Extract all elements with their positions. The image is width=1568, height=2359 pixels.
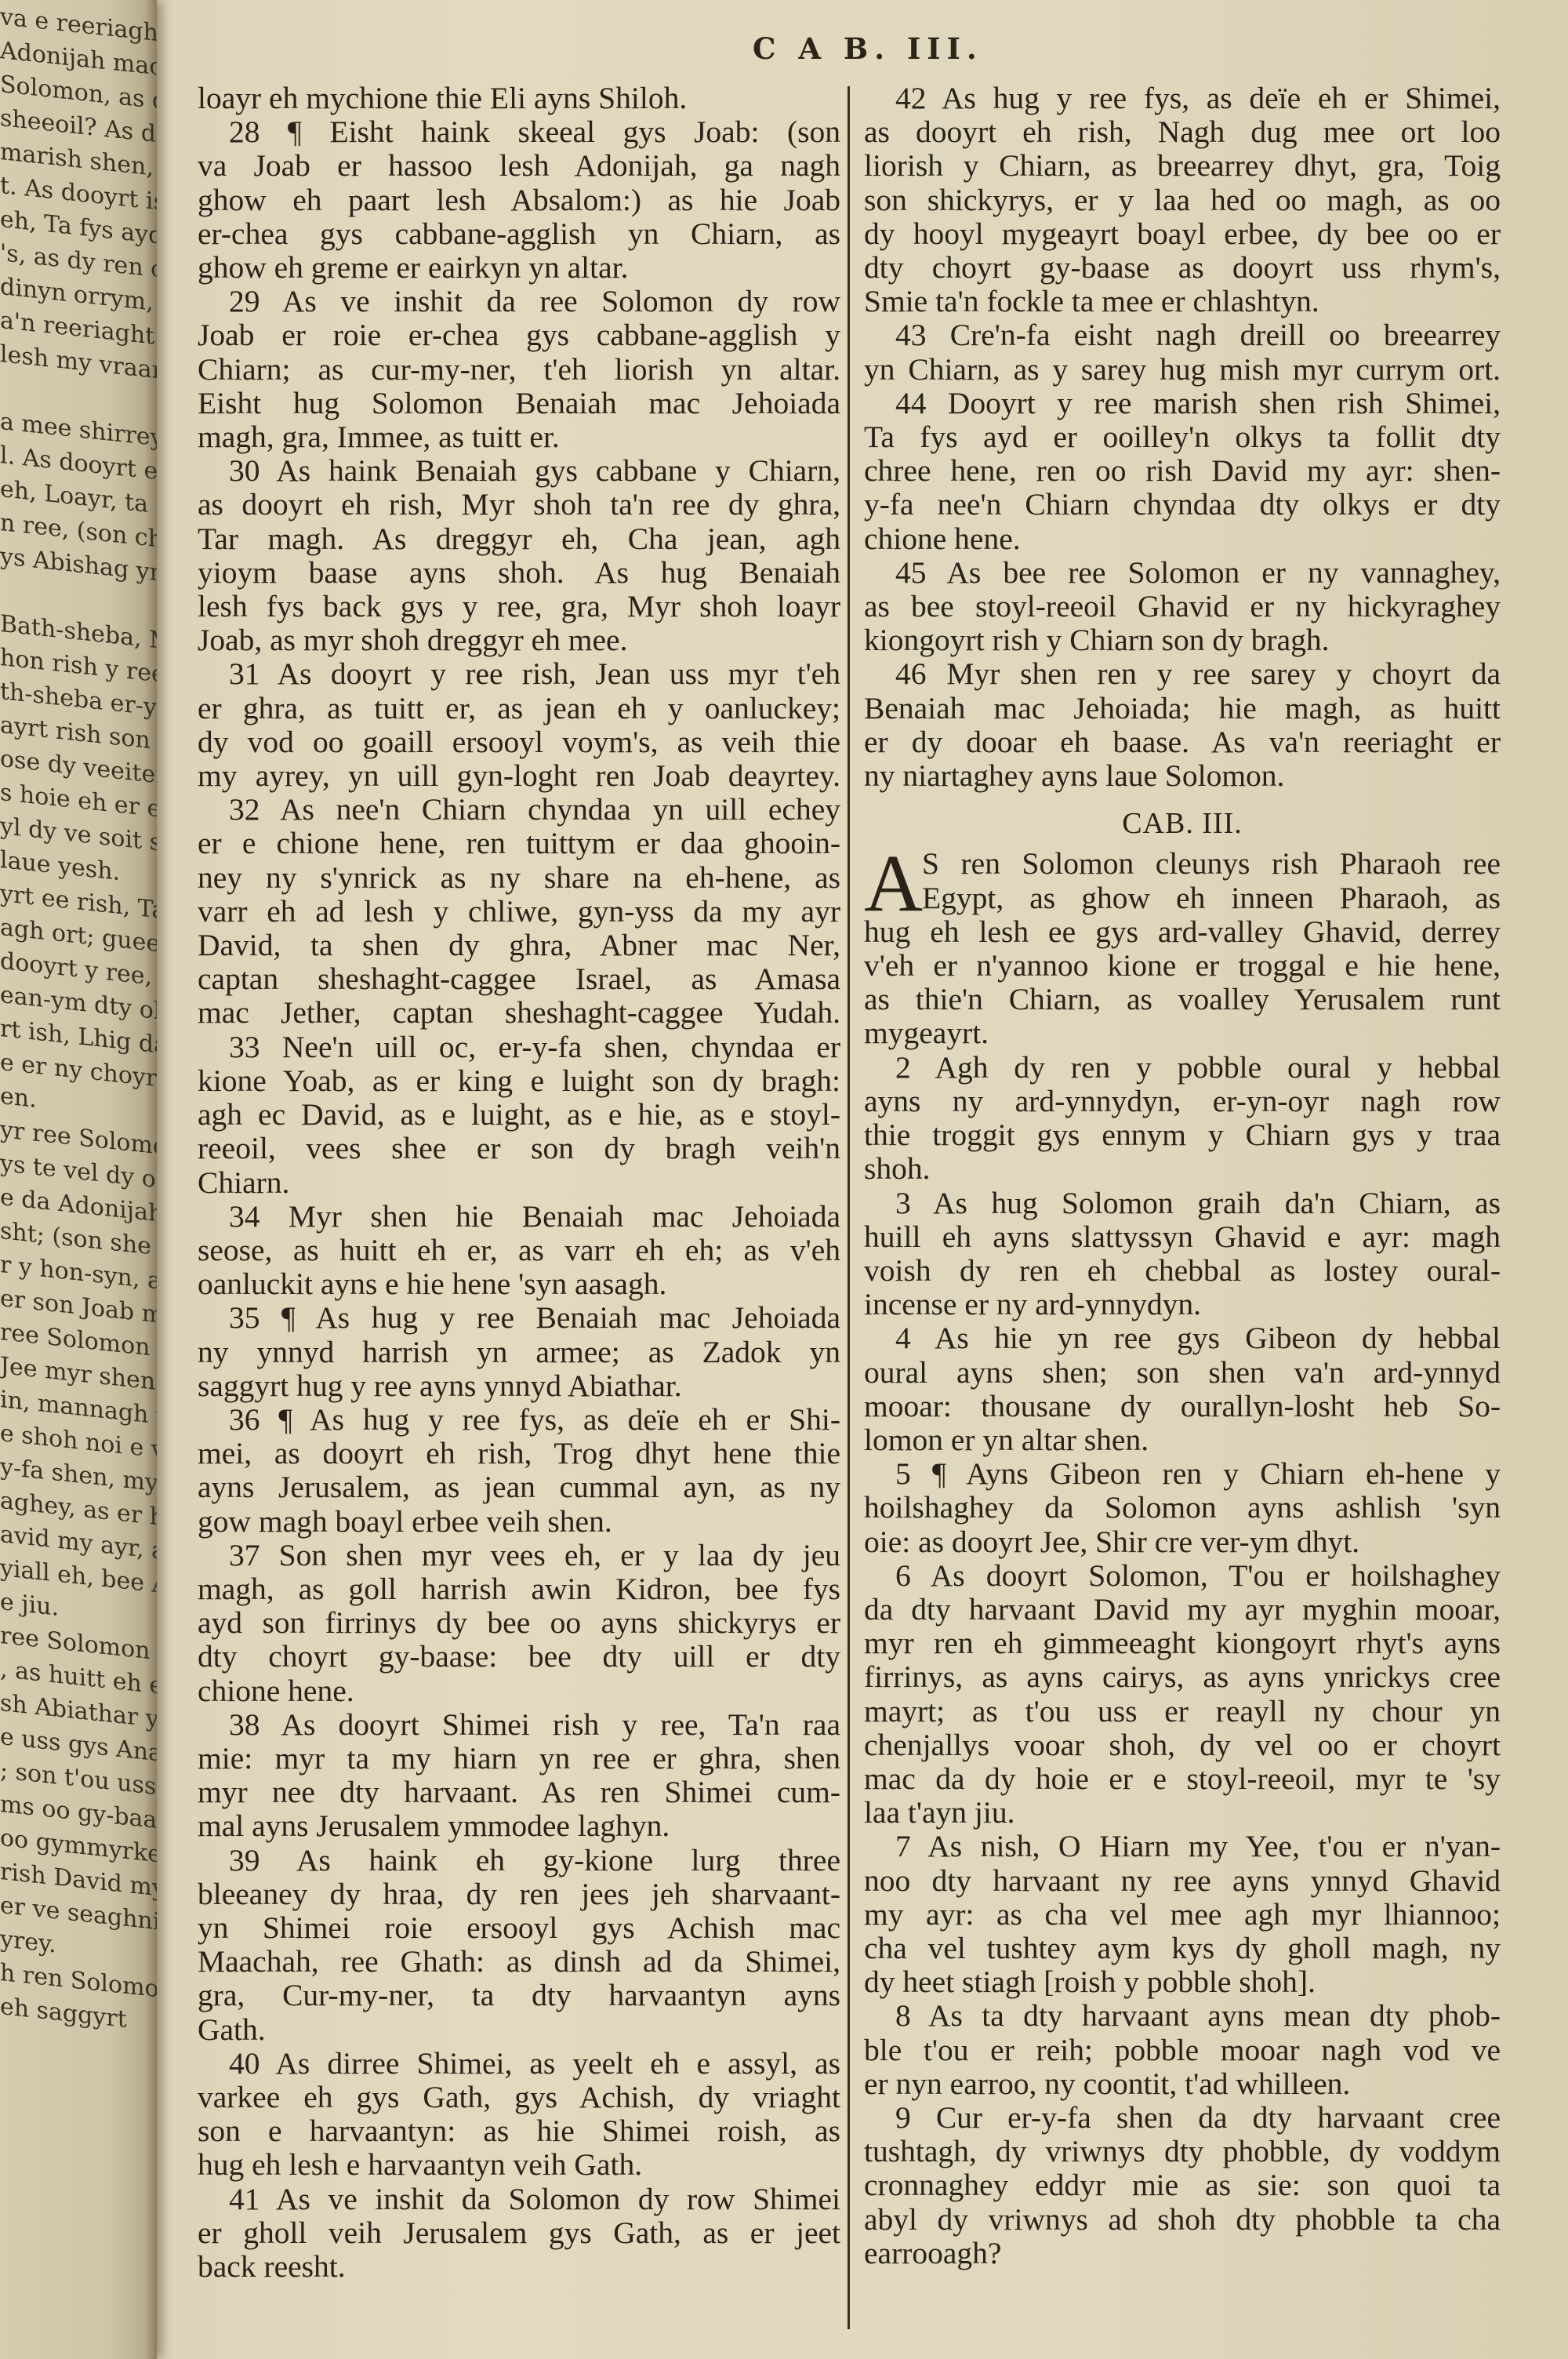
text-line: ghow eh paart lesh Absalom:) as hie Joab (198, 184, 840, 217)
text-line: myr nee dty harvaant. As ren Shimei cum- (198, 1776, 840, 1809)
text-line: dy hooyl mygeayrt boayl erbee, dy bee oo… (864, 217, 1501, 251)
text-line: er-chea gys cabbane-agglish yn Chiarn, a… (198, 217, 840, 251)
verse-start-line: 33 Nee'n uill oc, er-y-fa shen, chyndaa … (198, 1030, 840, 1064)
text-line: er dy dooar eh baase. As va'n reeriaght … (864, 725, 1501, 759)
verse-start-line: 30 As haink Benaiah gys cabbane y Chiarn… (198, 454, 840, 488)
text-line: agh ec David, as e luight, as e hie, as … (198, 1098, 840, 1132)
text-line: Gath. (198, 2013, 840, 2047)
verse-start-line: 8 As ta dty harvaant ayns mean dty phob- (864, 1999, 1501, 2033)
previous-page-curl: va e reeriaght dyAdonijah mac HagSolomon… (0, 0, 157, 2359)
left-text-column: loayr eh mychione thie Eli ayns Shiloh.2… (198, 82, 840, 2284)
text-line: my ayrey, yn uill gyn-loght ren Joab dea… (198, 759, 840, 793)
text-line: myr ren eh gimmeeaght kiongoyrt rhyt's a… (864, 1627, 1501, 1660)
text-line: seose, as huitt eh er, as varr eh eh; as… (198, 1234, 840, 1267)
verse-start-line: 38 As dooyrt Shimei rish y ree, Ta'n raa (198, 1708, 840, 1742)
text-line: mie: myr ta my hiarn yn ree er ghra, she… (198, 1742, 840, 1776)
verse-start-line: 32 As nee'n Chiarn chyndaa yn uill echey (198, 793, 840, 827)
verse-start-line: 7 As nish, O Hiarn my Yee, t'ou er n'yan… (864, 1830, 1501, 1863)
text-line: mal ayns Jerusalem ymmodee laghyn. (198, 1809, 840, 1843)
text-line: er e chione hene, ren tuittym er daa gho… (198, 827, 840, 860)
text-line: mygeayrt. (864, 1016, 1501, 1050)
text-line: kione Yoab, as er king e luight son dy b… (198, 1064, 840, 1098)
text-line: cronnaghey eddyr mie as sie: son quoi ta (864, 2168, 1501, 2202)
text-line: varr eh ad lesh y chliwe, gyn-yss da my … (198, 895, 840, 929)
right-text-column: 42 As hug y ree fys, as deïe eh er Shime… (864, 82, 1501, 2270)
text-line: chenjallys vooar shoh, dy vel oo er choy… (864, 1728, 1501, 1762)
text-line: v'eh er n'yannoo kione er troggal e hie … (864, 949, 1501, 983)
verse-start-line: 43 Cre'n-fa eisht nagh dreill oo breearr… (864, 318, 1501, 352)
verse-start-line: 35 ¶ As hug y ree Benaiah mac Jehoiada (198, 1301, 840, 1335)
verse-start-line: 41 As ve inshit da Solomon dy row Shimei (198, 2183, 840, 2216)
text-line: mei, as dooyrt eh rish, Trog dhyt hene t… (198, 1437, 840, 1470)
running-head: C A B. III. (753, 31, 988, 66)
verse-start-line: 29 As ve inshit da ree Solomon dy row (198, 285, 840, 318)
text-line: earrooagh? (864, 2237, 1501, 2270)
text-line: kiongoyrt rish y Chiarn son dy bragh. (864, 623, 1501, 657)
text-line: as dooyrt eh rish, Nagh dug mee ort loo (864, 115, 1501, 149)
text-line: cha vel tushtey aym kys dy gholl magh, n… (864, 1932, 1501, 1965)
text-line: Joab, as myr shoh dreggyr eh mee. (198, 623, 840, 657)
text-line: lesh fys back gys y ree, gra, Myr shoh l… (198, 590, 840, 623)
text-line: hug eh lesh ee gys ard-valley Ghavid, de… (864, 915, 1501, 949)
text-line: Smie ta'n fockle ta mee er chlashtyn. (864, 285, 1501, 318)
text-line: captan sheshaght-caggee Israel, as Amasa (198, 962, 840, 996)
text-line: reeoil, vees shee er son dy bragh veih'n (198, 1132, 840, 1165)
text-line: yn Shimei roie ersooyl gys Achish mac (198, 1911, 840, 1945)
text-line: gow magh boayl erbee veih shen. (198, 1505, 840, 1539)
text-line: firrinys, as ayns cairys, as ayns ynrick… (864, 1660, 1501, 1694)
verse-start-line: 3 As hug Solomon graih da'n Chiarn, as (864, 1187, 1501, 1220)
text-line: loayr eh mychione thie Eli ayns Shiloh. (198, 82, 840, 115)
text-line: saggyrt hug y ree ayns ynnyd Abiathar. (198, 1369, 840, 1403)
verse-start-line: 40 As dirree Shimei, as yeelt eh e assyl… (198, 2047, 840, 2081)
text-line: yioym baase ayns shoh. As hug Benaiah (198, 556, 840, 590)
text-line: varkee eh gys Gath, gys Achish, dy vriag… (198, 2081, 840, 2114)
text-line: as thie'n Chiarn, as voalley Yerusalem r… (864, 983, 1501, 1016)
verse-start-line: 9 Cur er-y-fa shen da dty harvaant cree (864, 2101, 1501, 2135)
text-line: chree hene, ren oo rish David my ayr: sh… (864, 454, 1501, 488)
text-line: my ayr: as cha vel mee agh myr lhiannoo; (864, 1898, 1501, 1932)
verse-start-line: 2 Agh dy ren y pobble oural y hebbal (864, 1051, 1501, 1085)
text-line: liorish y Chiarn, as breearrey dhyt, gra… (864, 149, 1501, 183)
text-line: magh, gra, Immee, as tuitt er. (198, 420, 840, 454)
text-line: ayns ny ard-ynnydyn, er-yn-oyr nagh row (864, 1085, 1501, 1118)
chapter-3-opening: A S ren Solomon cleunys rish Pharaoh ree… (864, 847, 1501, 914)
text-line: back reesht. (198, 2250, 840, 2284)
verse-start-line: 28 ¶ Eisht haink skeeal gys Joab: (son (198, 115, 840, 149)
text-line: ayd son firrinys dy bee oo ayns shickyry… (198, 1606, 840, 1640)
text-line: Chiarn. (198, 1166, 840, 1200)
text-line: er ghra, as tuitt er, as jean eh y oanlu… (198, 692, 840, 725)
verse-start-line: 46 Myr shen ren y ree sarey y choyrt da (864, 657, 1501, 691)
previous-page-text-fragments: va e reeriaght dyAdonijah mac HagSolomon… (0, 0, 157, 2023)
text-line: noo dty harvaant ny ree ayns ynnyd Ghavi… (864, 1864, 1501, 1898)
verse-start-line: 31 As dooyrt y ree rish, Jean uss myr t'… (198, 657, 840, 691)
text-line: dy vod oo goaill ersooyl voym's, as veih… (198, 725, 840, 759)
text-line: ble t'ou er reih; pobble mooar nagh vod … (864, 2034, 1501, 2067)
text-line: oanluckit ayns e hie hene 'syn aasagh. (198, 1267, 840, 1301)
text-line: huill eh ayns slattyssyn Ghavid e ayr: m… (864, 1220, 1501, 1254)
text-line: as bee stoyl-reeoil Ghavid er ny hickyra… (864, 590, 1501, 623)
text-line: mooar: thousane dy ourallyn-losht heb So… (864, 1390, 1501, 1423)
verse-start-line: 4 As hie yn ree gys Gibeon dy hebbal (864, 1321, 1501, 1355)
verse-start-line: 45 As bee ree Solomon er ny vannaghey, (864, 556, 1501, 590)
chapter-heading: CAB. III. (864, 807, 1501, 841)
text-line: ny ynnyd harrish yn armee; as Zadok yn (198, 1336, 840, 1369)
text-line: va Joab er hassoo lesh Adonijah, ga nagh (198, 149, 840, 183)
verse-start-line: 6 As dooyrt Solomon, T'ou er hoilshaghey (864, 1559, 1501, 1593)
text-line: dty choyrt gy-baase: bee dty uill er dty (198, 1640, 840, 1674)
column-divider-rule (848, 86, 850, 2329)
book-page: va e reeriaght dyAdonijah mac HagSolomon… (0, 0, 1568, 2359)
verse-start-line: 5 ¶ Ayns Gibeon ren y Chiarn eh-hene y (864, 1457, 1501, 1491)
text-line: mayrt; as t'ou uss er reayll ny chour yn (864, 1695, 1501, 1728)
verse-start-line: 44 Dooyrt y ree marish shen rish Shimei, (864, 387, 1501, 420)
text-line: hoilshaghey da Solomon ayns ashlish 'syn (864, 1491, 1501, 1525)
text-line: son e harvaantyn: as hie Shimei roish, a… (198, 2114, 840, 2148)
text-line: oural ayns shen; son shen va'n ard-ynnyd (864, 1356, 1501, 1390)
chapter-3-verses: hug eh lesh ee gys ard-valley Ghavid, de… (864, 915, 1501, 2270)
text-line: oie: as dooyrt Jee, Shir cre ver-ym dhyt… (864, 1525, 1501, 1559)
verse-start-line: 39 As haink eh gy-kione lurg three (198, 1844, 840, 1877)
text-line: abyl dy vriwnys ad shoh dty phobble ta c… (864, 2203, 1501, 2237)
verse-start-line: 34 Myr shen hie Benaiah mac Jehoiada (198, 1200, 840, 1234)
text-line: ney ny s'ynrick as ny share na eh-hene, … (198, 861, 840, 895)
text-line: magh, as goll harrish awin Kidron, bee f… (198, 1572, 840, 1606)
text-line: lomon er yn altar shen. (864, 1423, 1501, 1457)
text-line: hug eh lesh e harvaantyn veih Gath. (198, 2148, 840, 2182)
text-line: as dooyrt eh rish, Myr shoh ta'n ree dy … (198, 488, 840, 522)
text-line: incense er ny ard-ynnydyn. (864, 1288, 1501, 1321)
text-line: dty choyrt gy-baase as dooyrt uss rhym's… (864, 251, 1501, 285)
text-line: er gholl veih Jerusalem gys Gath, as er … (198, 2216, 840, 2250)
chapter-2-ending-verses: 42 As hug y ree fys, as deïe eh er Shime… (864, 82, 1501, 793)
text-line: Maachah, ree Ghath: as dinsh ad da Shime… (198, 1945, 840, 1979)
text-line: mac Jether, captan sheshaght-caggee Yuda… (198, 996, 840, 1030)
text-line: ny niartaghey ayns laue Solomon. (864, 759, 1501, 793)
text-line: dy heet stiagh [roish y pobble shoh]. (864, 1965, 1501, 1999)
text-line: yn Chiarn, as y sarey hug mish myr curry… (864, 353, 1501, 387)
text-line: tushtagh, dy vriwnys dty phobble, dy vod… (864, 2135, 1501, 2168)
dropcap-line-2: Egypt, as ghow eh inneen Pharaoh, as (864, 881, 1501, 915)
text-line: ayns Jerusalem, as jean cummal ayn, as n… (198, 1470, 840, 1504)
text-line: mac da dy hoie er e stoyl-reeoil, myr te… (864, 1762, 1501, 1796)
text-line: shoh. (864, 1152, 1501, 1186)
text-line: Benaiah mac Jehoiada; hie magh, as huitt (864, 692, 1501, 725)
text-line: gra, Cur-my-ner, ta dty harvaantyn ayns (198, 1979, 840, 2012)
text-line: thie troggit gys ennym y Chiarn gys y tr… (864, 1118, 1501, 1152)
verse-start-line: 42 As hug y ree fys, as deïe eh er Shime… (864, 82, 1501, 115)
text-line: laa t'ayn jiu. (864, 1796, 1501, 1830)
text-line: David, ta shen dy ghra, Abner mac Ner, (198, 929, 840, 962)
text-line: ghow eh greme er eairkyn yn altar. (198, 251, 840, 285)
text-line: Tar magh. As dreggyr eh, Cha jean, agh (198, 522, 840, 556)
drop-cap-letter: A (864, 850, 923, 918)
text-line: Joab er roie er-chea gys cabbane-agglish… (198, 318, 840, 352)
text-line: Ta fys ayd er ooilley'n olkys ta follit … (864, 420, 1501, 454)
text-line: voish dy ren eh chebbal as lostey oural- (864, 1254, 1501, 1288)
text-line: y-fa nee'n Chiarn chyndaa dty olkys er d… (864, 488, 1501, 522)
verse-start-line: 36 ¶ As hug y ree fys, as deïe eh er Shi… (198, 1403, 840, 1437)
text-line: Eisht hug Solomon Benaiah mac Jehoiada (198, 387, 840, 420)
text-line: chione hene. (864, 522, 1501, 556)
text-line: son shickyrys, er y laa hed oo magh, as … (864, 184, 1501, 217)
text-line: Chiarn; as cur-my-ner, t'eh liorish yn a… (198, 353, 840, 387)
text-line: bleeaney dy hraa, dy ren jees jeh sharva… (198, 1877, 840, 1911)
text-line: chione hene. (198, 1674, 840, 1708)
text-line: er nyn earroo, ny coontit, t'ad whilleen… (864, 2067, 1501, 2101)
dropcap-line-1: S ren Solomon cleunys rish Pharaoh ree (864, 847, 1501, 881)
verse-start-line: 37 Son shen myr vees eh, er y laa dy jeu (198, 1539, 840, 1572)
text-line: da dty harvaant David my ayr myghin mooa… (864, 1593, 1501, 1627)
